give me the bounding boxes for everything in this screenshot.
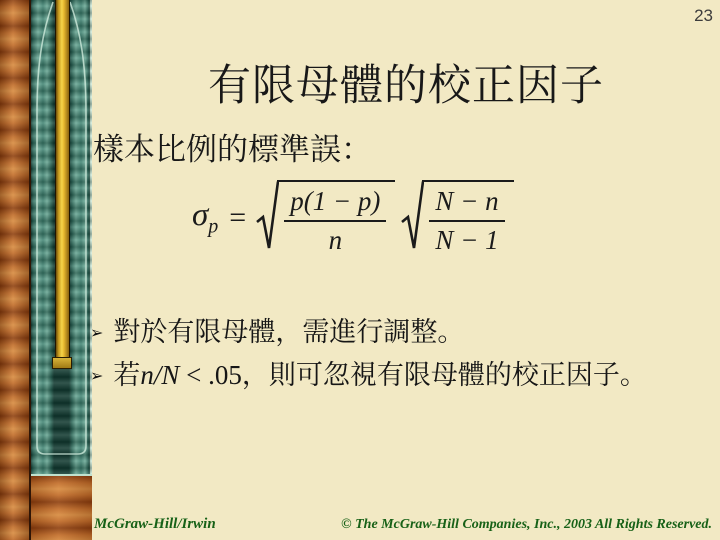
gold-vertical-bar [55, 0, 70, 357]
bullet-item: ➢ 若n/N < .05，則可忽視有限母體的校正因子。 [90, 357, 647, 393]
first-square-root: p(1 − p) n [255, 180, 395, 256]
denominator: N − 1 [435, 222, 498, 256]
standard-error-formula: σp = p(1 − p) n N − n N − 1 [192, 180, 514, 256]
equals-sign: = [229, 201, 246, 235]
bullet-text: 對於有限母體，需進行調整。 [113, 314, 464, 350]
denominator: n [329, 222, 343, 256]
second-square-root: N − n N − 1 [400, 180, 513, 256]
subtitle: 樣本比例的標準誤： [93, 124, 372, 169]
bullet-item: ➢ 對於有限母體，需進行調整。 [90, 314, 647, 350]
ratio-expression: n/N [140, 360, 179, 390]
slide-title: 有限母體的校正因子 [92, 52, 720, 113]
numerator: N − n [429, 186, 504, 222]
orange-ribbed-stripe [0, 0, 31, 540]
arrow-bullet-icon: ➢ [90, 322, 103, 344]
bullet-list: ➢ 對於有限母體，需進行調整。 ➢ 若n/N < .05，則可忽視有限母體的校正… [90, 314, 647, 401]
radical-sign-icon [400, 180, 424, 256]
slide-footer: McGraw-Hill/Irwin © The McGraw-Hill Comp… [94, 516, 712, 533]
orange-bottom-block [31, 476, 92, 540]
gold-bar-end-cap [52, 357, 72, 369]
numerator: p(1 − p) [284, 186, 386, 222]
arrow-bullet-icon: ➢ [90, 365, 103, 387]
footer-brand: McGraw-Hill/Irwin [94, 516, 216, 533]
formula-lhs: σp [192, 197, 218, 239]
footer-copyright: © The McGraw-Hill Companies, Inc., 2003 … [341, 517, 712, 533]
fraction: p(1 − p) n [284, 186, 386, 256]
page-number: 23 [694, 6, 713, 26]
sigma-symbol: σ [192, 197, 208, 233]
sigma-subscript: p [208, 216, 218, 238]
presentation-slide: 23 有限母體的校正因子 樣本比例的標準誤： σp = p(1 − p) n [0, 0, 720, 540]
fraction: N − n N − 1 [429, 186, 504, 256]
bullet-text: 若n/N < .05，則可忽視有限母體的校正因子。 [113, 357, 647, 393]
radicand: N − n N − 1 [422, 180, 513, 256]
left-border-decoration [0, 0, 92, 540]
radical-sign-icon [255, 180, 279, 256]
radicand: p(1 − p) n [277, 180, 395, 256]
